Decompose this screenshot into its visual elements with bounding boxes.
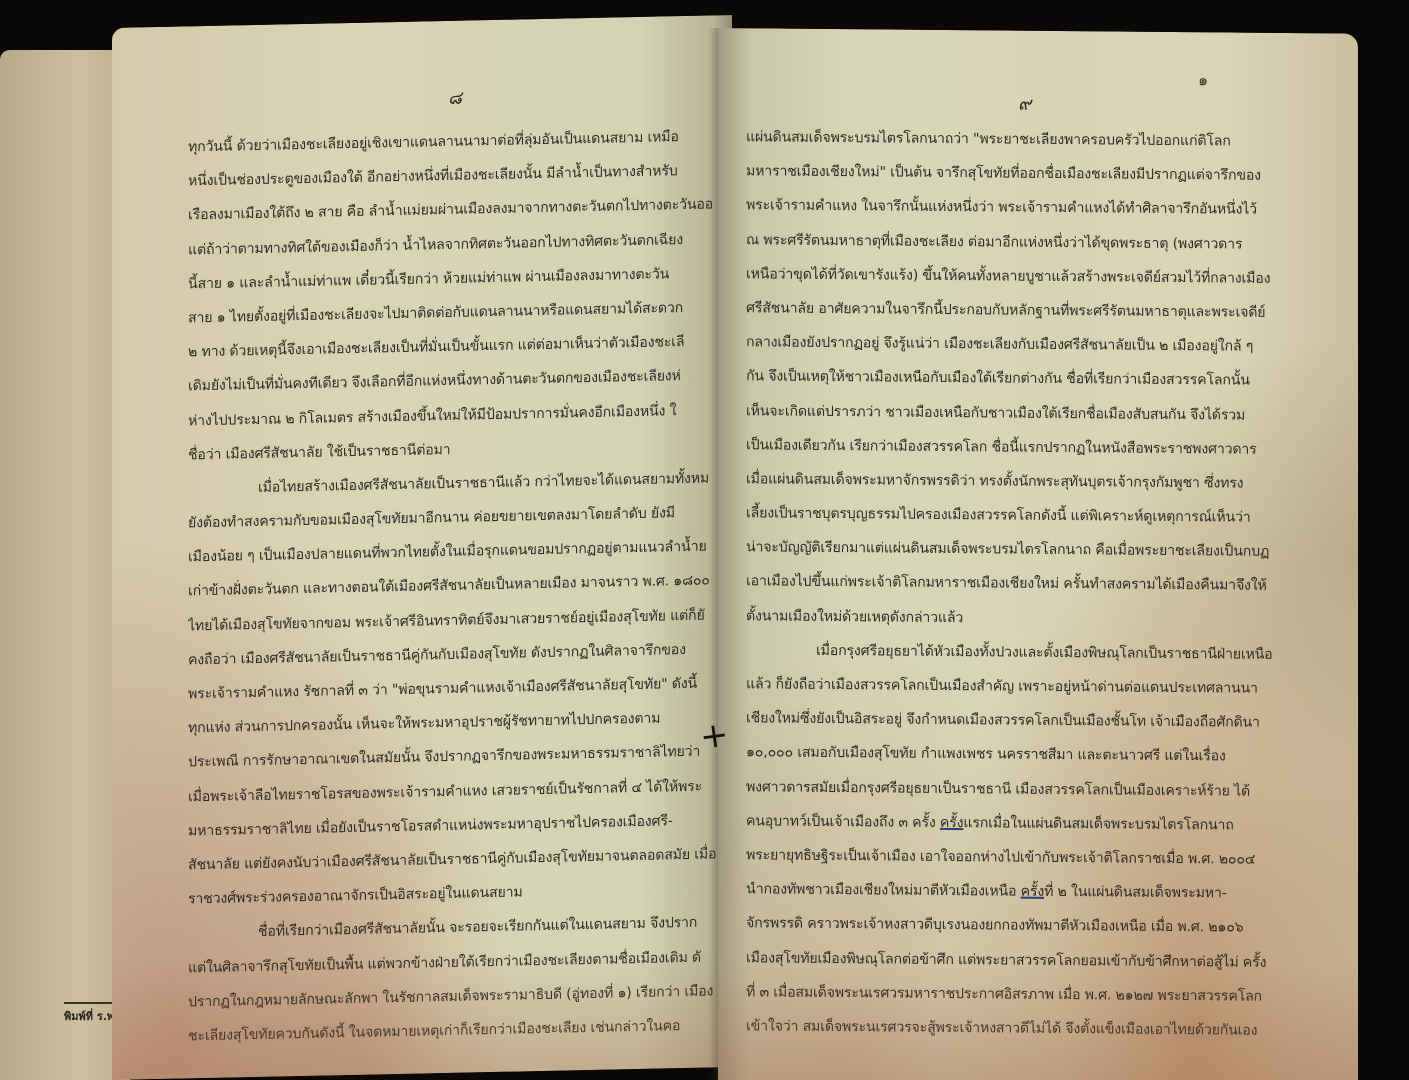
text-line: เหนือว่าขุดได้ที่วัดเขารังแร้ง) ขึ้นให้ค… (746, 257, 1336, 296)
text-line: จักรพรรดิ คราวพระเจ้าหงสาวดีบุเรงนองยกกอ… (746, 907, 1336, 946)
text-line: พงศาวดารสมัยเมื่อกรุงศรีอยุธยาเป็นราชธาน… (746, 770, 1336, 809)
text-line: นำกองทัพชาวเมืองเชียงใหม่มาตีหัวเมืองเหน… (746, 872, 1336, 911)
text-line: พระยายุทธิษฐิระเป็นเจ้าเมือง เอาใจออกห่า… (746, 838, 1336, 877)
text-line: คนอุบาทว์เป็นเจ้าเมืองถึง ๓ ครั้ง ครั้งแ… (746, 804, 1336, 843)
text-line: แล้ว ก็ยังถือว่าเมืองสวรรคโลกเป็นเมืองสำ… (746, 667, 1336, 706)
underlying-page-edge: พิมพ์ที่ ร.พ. (0, 50, 130, 1080)
text-line: พระเจ้ารามคำแหง ในจารึกนั้นแห่งหนึ่งว่า … (746, 189, 1336, 228)
text-line: น่าจะบัญญัติเรียกมาแต่แผ่นดินสมเด็จพระบร… (746, 530, 1336, 569)
text-line: เห็นจะเกิดแต่ปรารภว่า ชาวเมืองเหนือกับชา… (746, 394, 1336, 433)
right-page-number: ๙ (1018, 89, 1031, 118)
left-page: ๘ ทุกวันนี้ ด้วยว่าเมืองชะเลียงอยู่เชิงเ… (112, 15, 732, 1080)
left-page-number: ๘ (448, 83, 462, 112)
right-page: ๑ ๙ + แผ่นดินสมเด็จพระบรมไตรโลกนาถว่า "พ… (718, 28, 1358, 1080)
text-line: เชียงใหม่ซึ่งยังเป็นอิสระอยู่ จึงกำหนดเม… (746, 701, 1336, 740)
open-book: ๘ ทุกวันนี้ ด้วยว่าเมืองชะเลียงอยู่เชิงเ… (112, 28, 1409, 1080)
text-line: ณ พระศรีรัตนมหาธาตุที่เมืองชะเลียง ต่อมา… (746, 223, 1336, 262)
text-line: เอาเมืองไปขึ้นแก่พระเจ้าติโลกมหาราชเมือง… (746, 565, 1336, 604)
text-line: ตั้งนามเมืองใหม่ด้วยเหตุดังกล่าวแล้ว (746, 599, 1336, 638)
text-line: กลางเมืองยังปรากฏอยู่ จึงรู้แน่ว่า เมือง… (746, 325, 1336, 364)
left-page-text: ทุกวันนี้ ด้วยว่าเมืองชะเลียงอยู่เชิงเขา… (188, 119, 728, 1053)
text-line: เป็นเมืองเดียวกัน เรียกว่าเมืองสวรรคโลก … (746, 428, 1336, 467)
corner-handwritten-mark: ๑ (1198, 68, 1208, 93)
text-line: กัน จึงเป็นเหตุให้ชาวเมืองเหนือกับเมืองใ… (746, 360, 1336, 399)
printer-footer-label: พิมพ์ที่ ร.พ. (64, 1002, 118, 1025)
handwritten-cross-mark: + (697, 714, 731, 757)
text-line: ศรีสัชนาลัย อาศัยความในจารึกนี้ประกอบกับ… (746, 291, 1336, 330)
text-line: ๑๐,๐๐๐ เสมอกับเมืองสุโขทัย กำแพงเพชร นคร… (746, 736, 1336, 775)
text-line: เมื่อกรุงศรีอยุธยาได้หัวเมืองทั้งปวงและต… (746, 633, 1336, 672)
right-page-text: แผ่นดินสมเด็จพระบรมไตรโลกนาถว่า "พระยาชะ… (746, 120, 1336, 1048)
water-stain (718, 960, 1358, 1080)
text-line: เลี้ยงเป็นราชบุตรบุญธรรมไปครองเมืองสวรรค… (746, 496, 1336, 535)
text-line: มหาราชเมืองเชียงใหม่" เป็นต้น จารึกสุโขท… (746, 154, 1336, 193)
text-line: เมื่อแผ่นดินสมเด็จพระมหาจักรพรรดิว่า ทรง… (746, 462, 1336, 501)
text-line: แผ่นดินสมเด็จพระบรมไตรโลกนาถว่า "พระยาชะ… (746, 120, 1336, 159)
water-stain (112, 947, 732, 1080)
